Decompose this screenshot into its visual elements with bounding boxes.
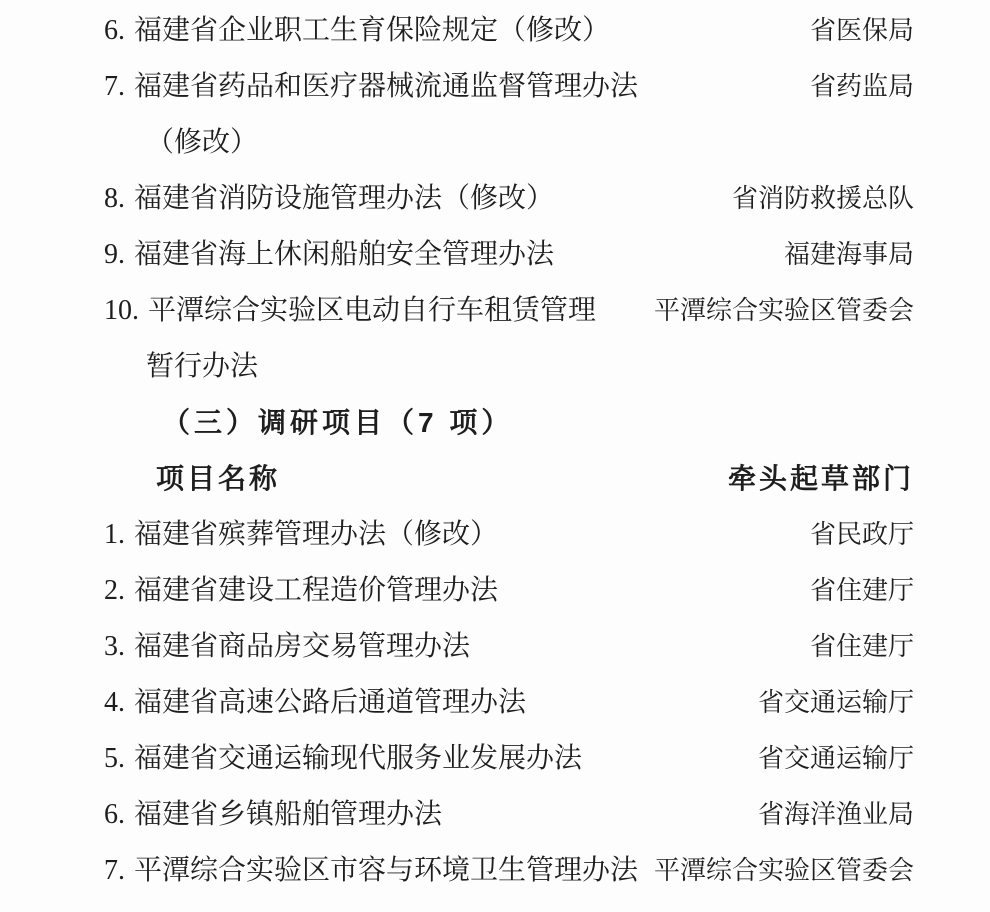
project-name-cell: 5.福建省交通运输现代服务业发展办法	[0, 731, 758, 787]
drafting-department: 省医保局	[810, 3, 990, 59]
table-row: 2.福建省建设工程造价管理办法 省住建厅	[0, 563, 990, 619]
drafting-department: 省药监局	[810, 59, 990, 115]
table-row: 4.福建省高速公路后通道管理办法 省交通运输厅	[0, 675, 990, 731]
table-row: 3.福建省商品房交易管理办法 省住建厅	[0, 619, 990, 675]
project-name-cell: 9.福建省海上休闲船舶安全管理办法	[0, 227, 784, 283]
table-row: 10.平潭综合实验区电动自行车租赁管理 平潭综合实验区管委会	[0, 283, 990, 339]
item-title: 平潭综合实验区市容与环境卫生管理办法	[134, 855, 638, 886]
item-title: 平潭综合实验区电动自行车租赁管理	[148, 295, 596, 326]
project-name-cell: 7.福建省药品和医疗器械流通监督管理办法	[0, 59, 810, 115]
drafting-department: 省住建厅	[810, 619, 990, 675]
drafting-department: 省消防救援总队	[732, 171, 990, 227]
item-number: 7.	[104, 59, 125, 115]
item-number: 7.	[104, 843, 125, 899]
table-row: 8.福建省消防设施管理办法（修改） 省消防救援总队	[0, 171, 990, 227]
item-number: 8.	[104, 171, 125, 227]
item-number: 5.	[104, 731, 125, 787]
item-number: 10.	[104, 283, 139, 339]
drafting-department: 省交通运输厅	[758, 731, 990, 787]
project-name-cell: 4.福建省高速公路后通道管理办法	[0, 675, 758, 731]
project-name-cell: 7.平潭综合实验区市容与环境卫生管理办法	[0, 843, 654, 899]
item-title: 福建省消防设施管理办法（修改）	[134, 183, 554, 214]
document-page: 6.福建省企业职工生育保险规定（修改） 省医保局 7.福建省药品和医疗器械流通监…	[0, 0, 990, 912]
table-row: 6.福建省乡镇船舶管理办法 省海洋渔业局	[0, 787, 990, 843]
project-name-cell: 3.福建省商品房交易管理办法	[0, 619, 810, 675]
table-row: 9.福建省海上休闲船舶安全管理办法 福建海事局	[0, 227, 990, 283]
item-number: 4.	[104, 675, 125, 731]
section-heading: （三）调研项目（7 项）	[0, 395, 990, 451]
item-number: 9.	[104, 227, 125, 283]
project-name-cell: 1.福建省殡葬管理办法（修改）	[0, 507, 810, 563]
item-number: 3.	[104, 619, 125, 675]
item-number: 2.	[104, 563, 125, 619]
table-row: 1.福建省殡葬管理办法（修改） 省民政厅	[0, 507, 990, 563]
drafting-department: 省海洋渔业局	[758, 787, 990, 843]
drafting-department: 福建海事局	[784, 227, 990, 283]
item-title: 福建省高速公路后通道管理办法	[134, 687, 526, 718]
item-number: 6.	[104, 3, 125, 59]
item-title: 福建省交通运输现代服务业发展办法	[134, 743, 582, 774]
project-name-cell: 2.福建省建设工程造价管理办法	[0, 563, 810, 619]
item-number: 6.	[104, 787, 125, 843]
column-header-project-name: 项目名称	[0, 451, 728, 507]
table-row: 5.福建省交通运输现代服务业发展办法 省交通运输厅	[0, 731, 990, 787]
item-title: 福建省药品和医疗器械流通监督管理办法	[134, 71, 638, 102]
item-title: 福建省海上休闲船舶安全管理办法	[134, 239, 554, 270]
item-title: 福建省乡镇船舶管理办法	[134, 799, 442, 830]
item-title: 福建省商品房交易管理办法	[134, 631, 470, 662]
item-title-continuation: 暂行办法	[0, 339, 990, 395]
item-title: 福建省企业职工生育保险规定（修改）	[134, 15, 610, 46]
project-name-cell: 6.福建省企业职工生育保险规定（修改）	[0, 3, 810, 59]
column-header-department: 牵头起草部门	[728, 451, 990, 507]
project-name-cell: 8.福建省消防设施管理办法（修改）	[0, 171, 732, 227]
project-name-cell: 10.平潭综合实验区电动自行车租赁管理	[0, 283, 654, 339]
project-name-cell: 6.福建省乡镇船舶管理办法	[0, 787, 758, 843]
table-row: 7.平潭综合实验区市容与环境卫生管理办法 平潭综合实验区管委会	[0, 843, 990, 899]
drafting-department: 平潭综合实验区管委会	[654, 283, 990, 339]
drafting-department: 平潭综合实验区管委会	[654, 843, 990, 899]
drafting-department: 省住建厅	[810, 563, 990, 619]
item-title: 福建省建设工程造价管理办法	[134, 575, 498, 606]
table-row: 6.福建省企业职工生育保险规定（修改） 省医保局	[0, 3, 990, 59]
table-row: 7.福建省药品和医疗器械流通监督管理办法 省药监局	[0, 59, 990, 115]
table-header-row: 项目名称 牵头起草部门	[0, 451, 990, 507]
item-title-continuation: （修改）	[0, 115, 990, 171]
item-number: 1.	[104, 507, 125, 563]
drafting-department: 省交通运输厅	[758, 675, 990, 731]
item-title: 福建省殡葬管理办法（修改）	[134, 519, 498, 550]
drafting-department: 省民政厅	[810, 507, 990, 563]
